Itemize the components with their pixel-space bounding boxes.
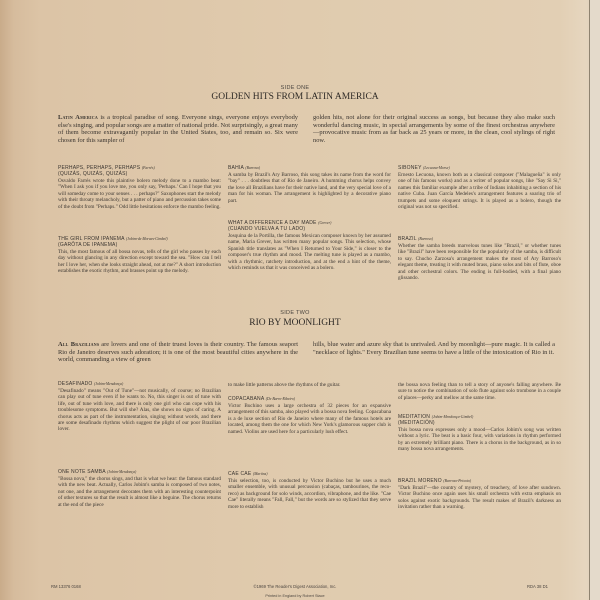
- song-perhaps: PERHAPS, PERHAPS, PERHAPS (Farrés)(QUIZÁ…: [58, 165, 221, 210]
- song-meditation: MEDITATION (Jobim-Mendonça-Gimbel)(MEDIT…: [398, 414, 561, 453]
- song-copacabana: COPACABANA (De Barro-Ribeiro) Victor Buc…: [228, 396, 391, 435]
- song-brazil: BRAZIL (Barroso) Whether the samba breed…: [398, 236, 561, 281]
- song-cae-cae-continued: the bossa nova feeling than to tell a st…: [398, 381, 561, 401]
- catalog-number-right: RDA 38 D1: [527, 584, 548, 589]
- side-two-intro-col1: All Brazilians are lovers and one of the…: [58, 341, 298, 364]
- song-one-note-samba-continued: to make little patterns above the rhythm…: [228, 381, 391, 388]
- song-girl-from-ipanema: THE GIRL FROM IPANEMA (Jobim-de Moraes-G…: [58, 236, 221, 275]
- song-desafinado: DESAFINADO (Jobim-Mendonça) "Desafinado"…: [58, 381, 221, 433]
- song-siboney: SIBONEY (Lecuona-Morse) Ernesto Lecuona,…: [398, 165, 561, 210]
- printer-credit: Printed in England by Robert Stace: [0, 594, 590, 598]
- side-one-intro-col2: golden hits, not alone for their origina…: [313, 114, 555, 145]
- song-brazil-moreno: BRAZIL MORENO (Barroso-Peixoto) "Dark Br…: [398, 478, 561, 511]
- side-two-title: RIO BY MOONLIGHT: [0, 318, 590, 328]
- copyright-notice: ©1969 The Reader's Digest Association, I…: [0, 584, 590, 589]
- side-two-label: SIDE TWO: [0, 310, 590, 316]
- song-what-a-difference: WHAT A DIFFERENCE A DAY MADE (Grever)(CU…: [228, 220, 391, 271]
- side-two-intro-col2: hills, blue water and azure sky that is …: [313, 341, 555, 356]
- song-bahia: BAHIA (Barroso) A samba by Brazil's Ary …: [228, 165, 391, 204]
- side-two-intro-lead: All Brazilians: [58, 341, 99, 348]
- song-one-note-samba: ONE NOTE SAMBA (Jobim-Mendonça) "Bossa n…: [58, 469, 221, 508]
- side-one-label: SIDE ONE: [0, 85, 590, 91]
- side-one-intro-lead: Latin America: [58, 114, 98, 121]
- sleeve-right-margin: [590, 0, 600, 600]
- side-one-title: GOLDEN HITS FROM LATIN AMERICA: [0, 92, 590, 102]
- side-one-intro-col1: Latin America is a tropical paradise of …: [58, 114, 298, 145]
- song-cae-cae: CAE CAE (Martins) This selection, too, i…: [228, 471, 391, 510]
